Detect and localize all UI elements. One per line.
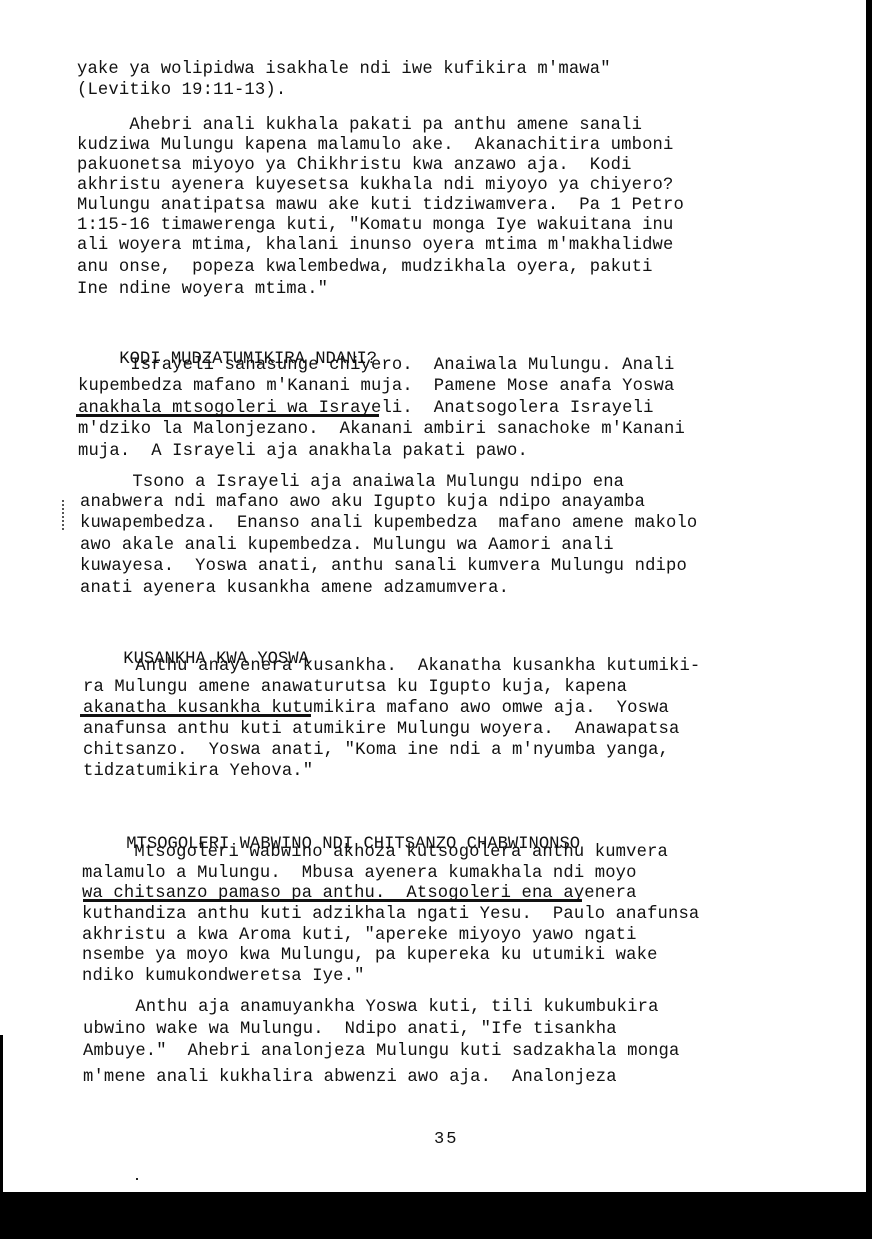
text-line: kuwapembedza. Enanso anali kupembedza ma… [80,514,697,534]
text-line: pakuonetsa miyoyo ya Chikhristu kwa anza… [77,156,632,176]
scan-edge-bottom [0,1192,872,1239]
text-line: nsembe ya moyo kwa Mulungu, pa kupereka … [82,946,658,966]
text-line: ali woyera mtima, khalani inunso oyera m… [77,236,673,256]
margin-mark [62,500,66,530]
text-line: 1:15-16 timawerenga kuti, "Komatu monga … [77,216,673,236]
text-line: (Levitiko 19:11-13). [77,81,286,101]
text-line: Anthu aja anamuyankha Yoswa kuti, tili k… [83,998,659,1018]
text-line: akhristu a kwa Aroma kuti, "apereke miyo… [82,926,637,946]
text-line: ra Mulungu amene anawaturutsa ku Igupto … [83,678,627,698]
text-line: Israyeli sanasunge chiyero. Anaiwala Mul… [78,356,674,376]
text-line: chitsanzo. Yoswa anati, "Koma ine ndi a … [83,741,669,761]
text-line: kuwayesa. Yoswa anati, anthu sanali kumv… [80,557,687,577]
text-line: wa chitsanzo pamaso pa anthu. Atsogoleri… [82,884,637,904]
text-line: Ine ndine woyera mtima." [77,280,328,300]
text-line: akhristu ayenera kuyesetsa kukhala ndi m… [77,176,673,196]
text-line: anakhala mtsogoleri wa Israyeli. Anatsog… [78,399,654,419]
text-line: anafunsa anthu kuti atumikire Mulungu wo… [83,720,679,740]
text-line: muja. A Israyeli aja anakhala pakati paw… [78,442,528,462]
text-line: m'dziko la Malonjezano. Akanani ambiri s… [78,420,685,440]
text-line: kuthandiza anthu kuti adzikhala ngati Ye… [82,905,699,925]
text-line: ndiko kumukondweretsa Iye." [82,967,365,987]
text-line: anu onse, popeza kwalembedwa, mudzikhala… [77,258,653,278]
text-line: kupembedza mafano m'Kanani muja. Pamene … [78,377,674,397]
text-line: tidzatumikira Yehova." [83,762,313,782]
scan-edge-left [0,1035,3,1195]
text-line: anati ayenera kusankha amene adzamumvera… [80,579,509,599]
page-number: 35 [434,1130,458,1149]
text-line: malamulo a Mulungu. Mbusa ayenera kumakh… [82,864,637,884]
text-line: Anthu anayenera kusankha. Akanatha kusan… [83,657,700,677]
text-line: m'mene anali kukhalira abwenzi awo aja. … [83,1068,617,1088]
text-line: ubwino wake wa Mulungu. Ndipo anati, "If… [83,1020,617,1040]
scan-edge-right [866,0,872,1239]
text-line: Mulungu anatipatsa mawu ake kuti tidziwa… [77,196,684,216]
text-line: akanatha kusankha kutumikira mafano awo … [83,699,669,719]
scanned-page: yake ya wolipidwa isakhale ndi iwe kufik… [0,0,872,1239]
text-line: awo akale anali kupembedza. Mulungu wa A… [80,536,614,556]
text-line: Tsono a Israyeli aja anaiwala Mulungu nd… [80,473,624,493]
text-line: Mtsogoleri wabwino akhoza kutsogolera an… [82,843,668,863]
text-line: yake ya wolipidwa isakhale ndi iwe kufik… [77,60,611,80]
text-line: Ambuye." Ahebri analonjeza Mulungu kuti … [83,1042,679,1062]
text-line: kudziwa Mulungu kapena malamulo ake. Aka… [77,136,673,156]
scan-speck [136,1178,138,1180]
text-line: anabwera ndi mafano awo aku Igupto kuja … [80,493,645,513]
text-line: Ahebri anali kukhala pakati pa anthu ame… [77,116,642,136]
